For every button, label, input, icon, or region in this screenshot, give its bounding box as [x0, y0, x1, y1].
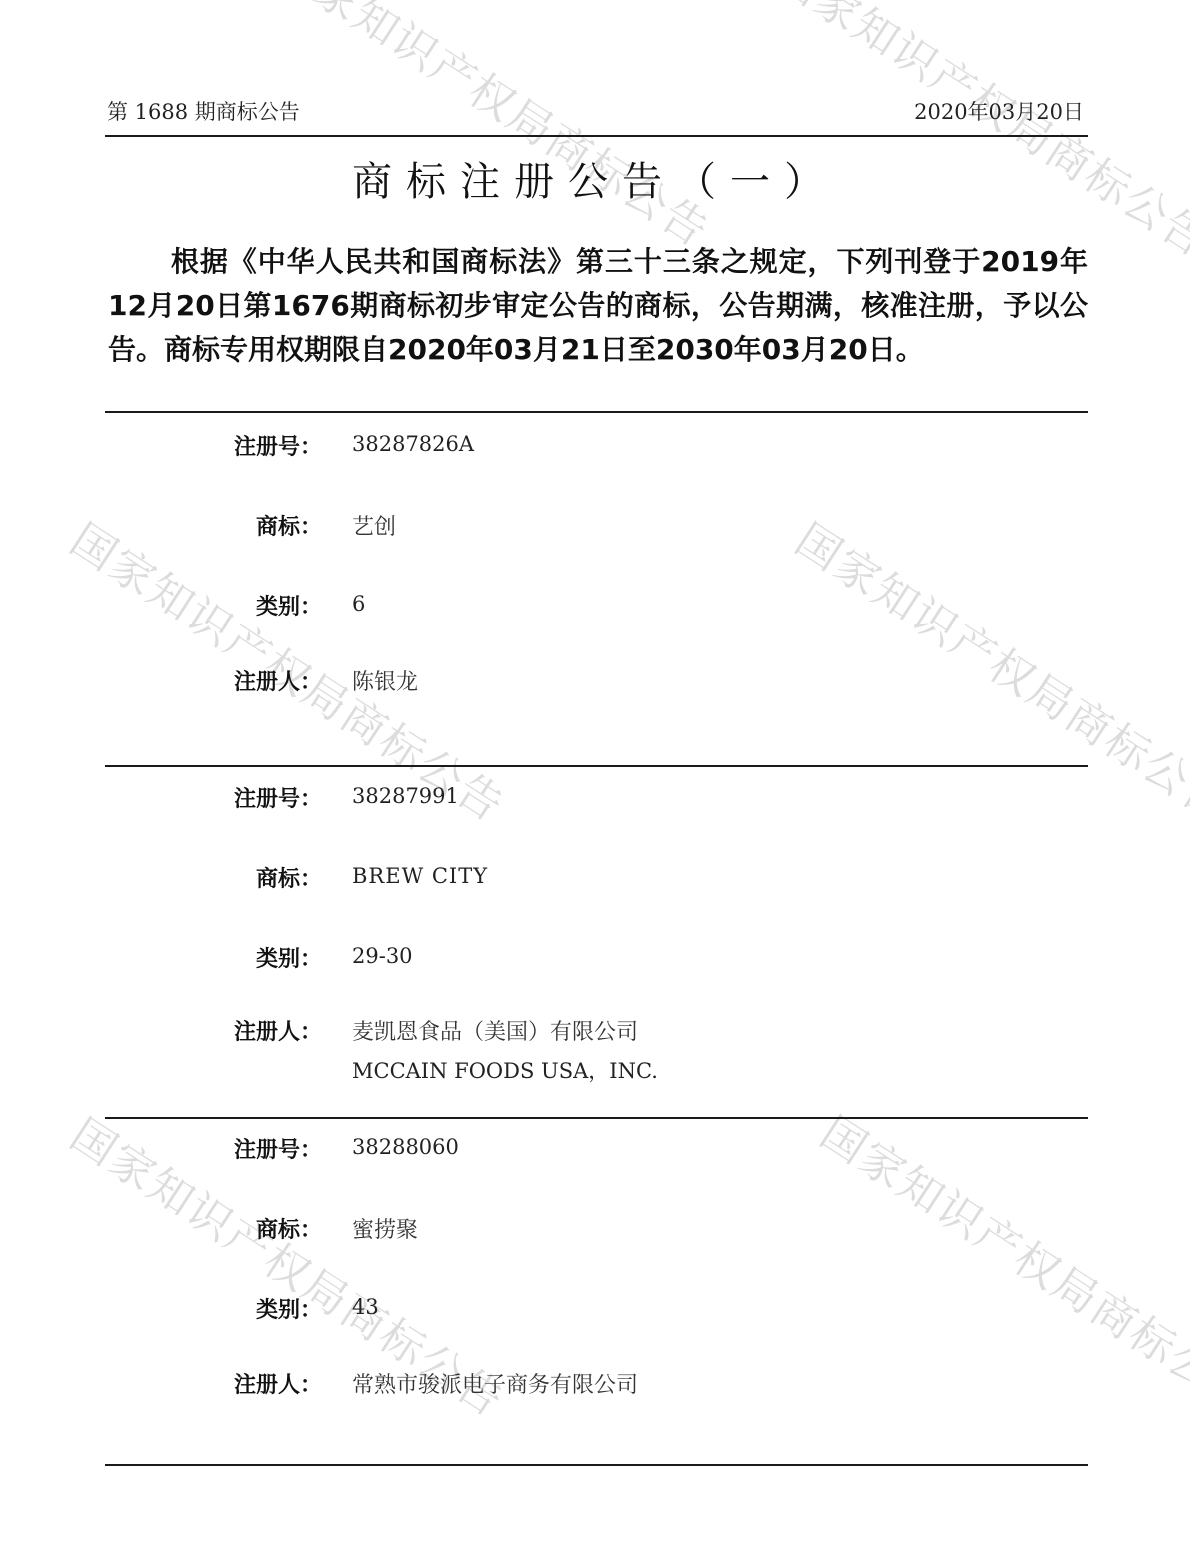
header-divider: [105, 135, 1088, 137]
watermark: 国家知识产权局商标公告: [785, 505, 1190, 834]
class-label: 类别：: [256, 590, 322, 621]
mark-label: 商标：: [256, 510, 322, 541]
reg-no-value: 38287826A: [352, 432, 474, 456]
watermark: 国家知识产权局商标公告: [810, 1098, 1190, 1427]
registrant-value: 常熟市骏派电子商务有限公司: [352, 1368, 638, 1399]
page-title: 商标注册公告（一）: [0, 150, 1190, 207]
class-value: 43: [352, 1295, 379, 1319]
mark-value: BREW CITY: [352, 864, 488, 888]
reg-no-value: 38288060: [352, 1135, 459, 1159]
mark-label: 商标：: [256, 862, 322, 893]
registrant-label: 注册人：: [234, 665, 322, 696]
mark-label: 商标：: [256, 1213, 322, 1244]
class-value: 6: [352, 592, 365, 616]
entry-divider: [105, 411, 1088, 413]
intro-paragraph: 根据《中华人民共和国商标法》第三十三条之规定，下列刊登于2019年12月20日第…: [108, 240, 1088, 372]
mark-value: 艺创: [352, 510, 396, 541]
entry-divider: [105, 1117, 1088, 1119]
registrant-value: 麦凯恩食品（美国）有限公司: [352, 1015, 638, 1046]
class-value: 29-30: [352, 944, 413, 968]
footer-divider: [105, 1464, 1088, 1466]
class-label: 类别：: [256, 1293, 322, 1324]
publication-date: 2020年03月20日: [914, 96, 1084, 126]
watermark: 国家知识产权局商标公告: [265, 0, 724, 259]
issue-number: 第 1688 期商标公告: [107, 96, 300, 126]
entry-divider: [105, 765, 1088, 767]
reg-no-label: 注册号：: [234, 430, 322, 461]
reg-no-label: 注册号：: [234, 782, 322, 813]
registrant-en-value: MCCAIN FOODS USA，INC.: [352, 1055, 658, 1085]
reg-no-value: 38287991: [352, 784, 459, 808]
intro-text: 根据《中华人民共和国商标法》第三十三条之规定，下列刊登于2019年12月20日第…: [108, 245, 1088, 366]
registrant-label: 注册人：: [234, 1368, 322, 1399]
registrant-label: 注册人：: [234, 1015, 322, 1046]
registrant-value: 陈银龙: [352, 665, 418, 696]
class-label: 类别：: [256, 942, 322, 973]
reg-no-label: 注册号：: [234, 1133, 322, 1164]
mark-value: 蜜捞聚: [352, 1213, 418, 1244]
